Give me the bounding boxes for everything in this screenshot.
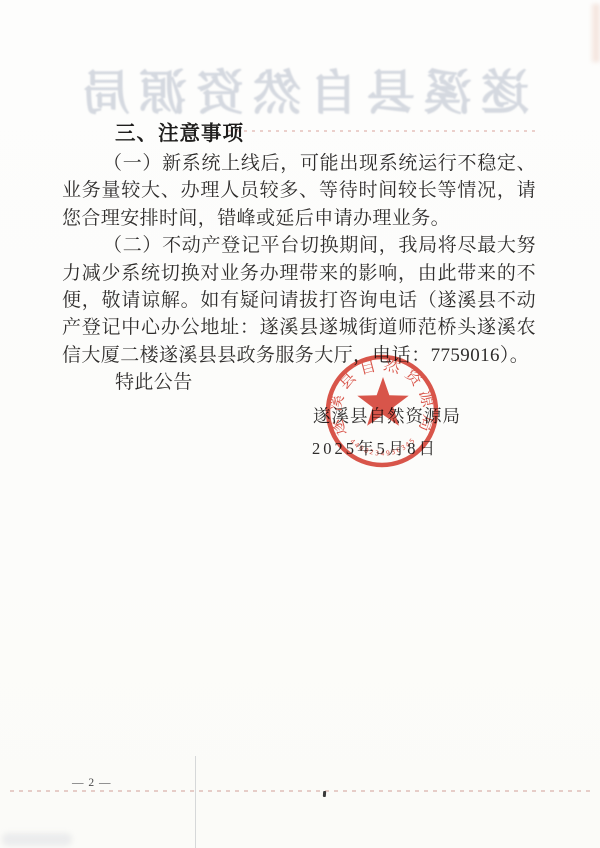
bleed-through-title: 遂溪县自然资源局 bbox=[70, 54, 532, 114]
notice-body: 三、注意事项 （一）新系统上线后，可能出现系统运行不稳定、业务量较大、办理人员较… bbox=[62, 120, 536, 397]
scan-artifact-smudge bbox=[2, 833, 72, 846]
scan-artifact-vertical-line bbox=[195, 756, 196, 848]
issuer-name: 遂溪县自然资源局 bbox=[313, 403, 461, 428]
paragraph-2: （二）不动产登记平台切换期间，我局将尽最大努力减少系统切换对业务办理带来的影响，… bbox=[62, 232, 536, 369]
section-heading: 三、注意事项 bbox=[62, 120, 536, 148]
scan-artifact-smudge bbox=[592, 4, 600, 62]
issue-date: 2025年5月8日 bbox=[312, 435, 438, 459]
closing-phrase: 特此公告 bbox=[62, 369, 536, 396]
scan-artifact-line bbox=[10, 790, 592, 792]
scan-artifact-speck bbox=[323, 791, 326, 797]
scanned-notice-page: 遂溪县自然资源局 三、注意事项 （一）新系统上线后，可能出现系统运行不稳定、业务… bbox=[0, 0, 600, 848]
paragraph-1: （一）新系统上线后，可能出现系统运行不稳定、业务量较大、办理人员较多、等待时间较… bbox=[62, 150, 536, 232]
page-number: — 2 — bbox=[72, 777, 112, 789]
